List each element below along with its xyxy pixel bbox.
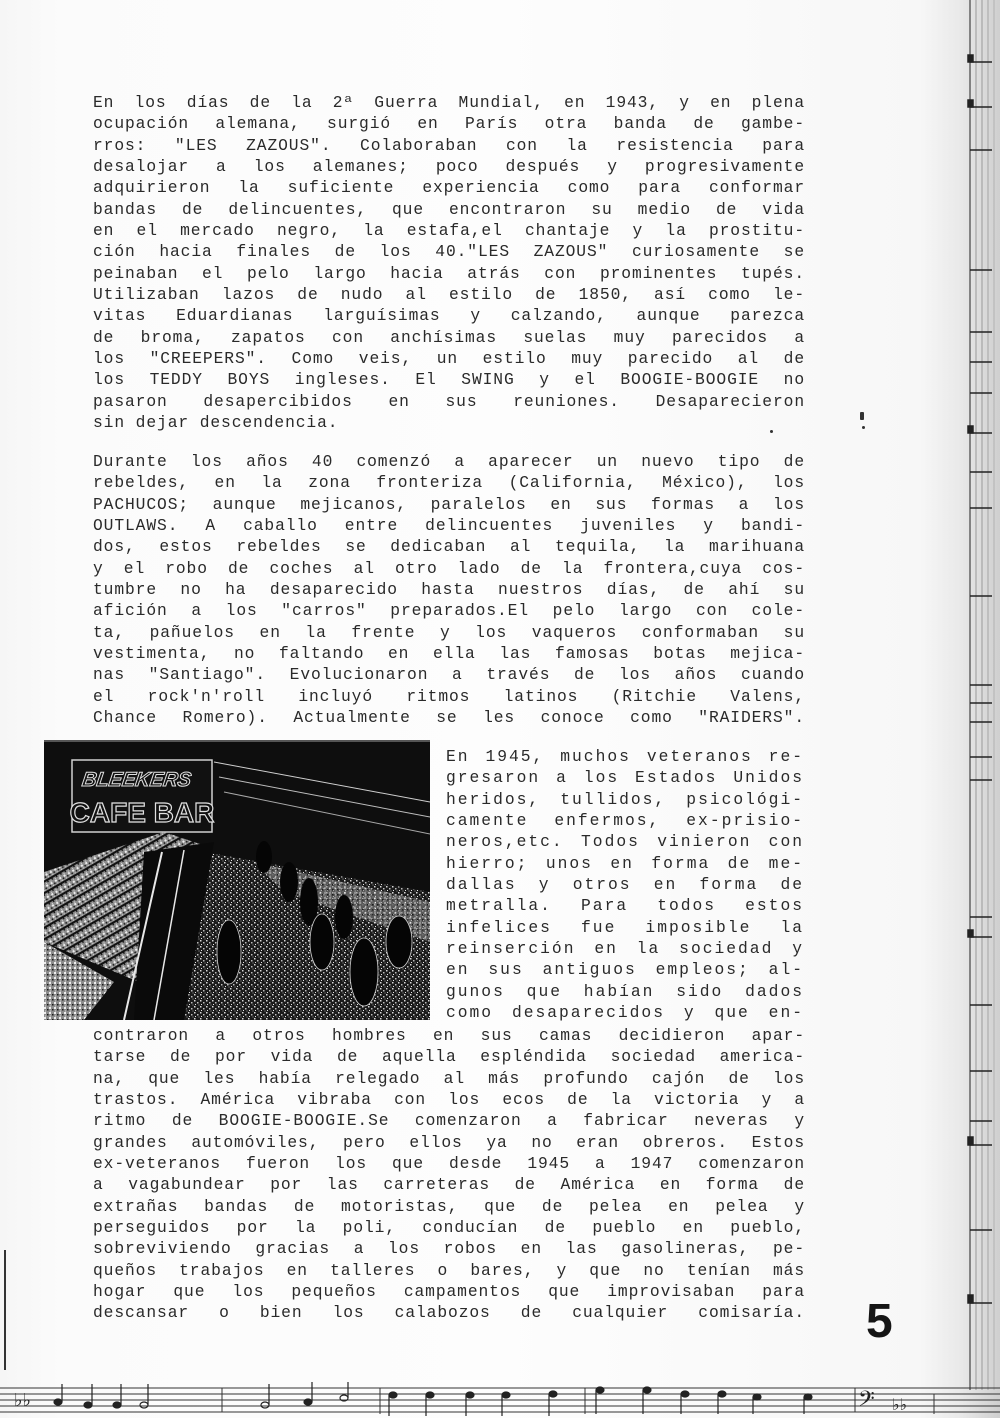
text-line: adquirieron la suficiente experiencia co…: [93, 177, 805, 198]
text-line: los TEDDY BOYS ingleses. El SWING y el B…: [93, 369, 805, 390]
flat-signs: ♭♭: [14, 1390, 31, 1411]
music-notes: [54, 1382, 812, 1416]
text-line: reinserción en la sociedad y: [446, 938, 804, 959]
text-line: dallas y otros en forma de: [446, 874, 804, 895]
page-number: 5: [866, 1294, 893, 1349]
text-line: ta, pañuelos en la frente y los vaqueros…: [93, 622, 805, 643]
text-line: ex-veteranos fueron los que desde 1945 a…: [93, 1153, 805, 1174]
text-line: gunos que habían sido dados: [446, 981, 804, 1002]
text-line: pasaron desapercibidos en sus reuniones.…: [93, 391, 805, 412]
text-line: grandes automóviles, pero ellos ya no er…: [93, 1132, 805, 1153]
text-line: trastos. América vibraba con los ecos de…: [93, 1089, 805, 1110]
scan-speck: [862, 426, 865, 429]
text-line: camente enfermos, ex-prisio-: [446, 810, 804, 831]
text-line: heridos, tullidos, psicológi-: [446, 789, 804, 810]
text-line: peinaban el pelo largo hacia atrás con p…: [93, 263, 805, 284]
text-line: rros: "LES ZAZOUS". Colaboraban con la r…: [93, 135, 805, 156]
text-line: perseguidos por la poli, conducían de pu…: [93, 1217, 805, 1238]
scan-speck: [770, 430, 773, 433]
text-line: a vagabundear por las carreteras de Amér…: [93, 1174, 805, 1195]
text-line: en sus antiguos empleos; al-: [446, 959, 804, 980]
text-line: na, que les había relegado al más profun…: [93, 1068, 805, 1089]
text-line: Durante los años 40 comenzó a aparecer u…: [93, 451, 805, 472]
text-line: PACHUCOS; aunque mejicanos, paralelos en…: [93, 494, 805, 515]
scanned-page: En los días de la 2ª Guerra Mundial, en …: [0, 0, 1000, 1418]
text-line: Chance Romero). Actualmente se les conoc…: [93, 707, 805, 728]
paragraph-veteranos-continued: contraron a otros hombres en sus camas d…: [93, 1025, 805, 1324]
text-line: como desaparecidos y que en-: [446, 1002, 804, 1023]
sign-text-bleekers: BLEEKERS: [81, 769, 193, 791]
flat-signs: ♭♭: [892, 1395, 907, 1414]
text-line: nas "Santiago". Evolucionaron a través d…: [93, 664, 805, 685]
scan-speck: [860, 412, 864, 420]
text-line: queños trabajos en talleres o bares, y q…: [93, 1260, 805, 1281]
text-line: neros,etc. Todos vinieron con: [446, 831, 804, 852]
bottom-music-staff: ♭♭ 𝄢 ♭♭: [0, 1378, 1000, 1418]
text-line: hogar que los pequeños campamentos que i…: [93, 1281, 805, 1302]
paragraph-veteranos-column: En 1945, muchos veteranos re- gresaron a…: [446, 746, 804, 1023]
text-line: vestimenta, no faltando en ella las famo…: [93, 643, 805, 664]
text-line: ción hacia finales de los 40."LES ZAZOUS…: [93, 241, 805, 262]
text-line: Utilizaban lazos de nudo al estilo de 18…: [93, 284, 805, 305]
text-line: tumbre no ha desaparecido hasta nuestros…: [93, 579, 805, 600]
text-line: los "CREEPERS". Como veis, un estilo muy…: [93, 348, 805, 369]
paragraph-les-zazous: En los días de la 2ª Guerra Mundial, en …: [93, 92, 805, 434]
text-line: sin dejar descendencia.: [93, 412, 805, 433]
left-margin-line: [4, 1250, 6, 1370]
photo-image: BLEEKERS CAFE BAR: [44, 742, 430, 1020]
text-line: sobreviviendo gracias a los robos en las…: [93, 1238, 805, 1259]
paragraph-pachucos: Durante los años 40 comenzó a aparecer u…: [93, 451, 805, 728]
text-line: vitas Eduardianas larguísimas y calzando…: [93, 305, 805, 326]
text-line: rebeldes, en la zona fronteriza (Califor…: [93, 472, 805, 493]
text-line: OUTLAWS. A caballo entre delincuentes ju…: [93, 515, 805, 536]
text-line: y el robo de coches al otro lado de la f…: [93, 558, 805, 579]
text-line: en el mercado negro, la estafa,el chanta…: [93, 220, 805, 241]
vertical-music-staff: [962, 0, 1000, 1390]
text-line: el rock'n'roll incluyó ritmos latinos (R…: [93, 686, 805, 707]
text-line: tarse de por vida de aquella espléndida …: [93, 1046, 805, 1067]
text-line: extrañas bandas de motoristas, que de pe…: [93, 1196, 805, 1217]
text-line: En los días de la 2ª Guerra Mundial, en …: [93, 92, 805, 113]
text-line: de broma, zapatos con anchísimas suelas …: [93, 327, 805, 348]
text-line: afición a los "carros" preparados.El pel…: [93, 600, 805, 621]
text-line: hierro; unos en forma de me-: [446, 853, 804, 874]
text-line: desalojar a los alemanes; poco después y…: [93, 156, 805, 177]
text-line: En 1945, muchos veteranos re-: [446, 746, 804, 767]
text-line: bandas de delincuentes, que encontraron …: [93, 199, 805, 220]
text-line: dos, estos rebeldes se dedicaban al tequ…: [93, 536, 805, 557]
text-line: metralla. Para todos estos: [446, 895, 804, 916]
text-line: infelices fue imposible la: [446, 917, 804, 938]
text-line: ocupación alemana, surgió en París otra …: [93, 113, 805, 134]
text-line: descansar o bien los calabozos de cualqu…: [93, 1302, 805, 1323]
sign-text-cafe-bar: CAFE BAR: [70, 797, 215, 828]
cafe-bar-photo: BLEEKERS CAFE BAR: [44, 740, 430, 1020]
bass-clef-icon: 𝄢: [858, 1387, 875, 1417]
text-line: contraron a otros hombres en sus camas d…: [93, 1025, 805, 1046]
text-line: ritmo de BOOGIE-BOOGIE.Se comenzaron a f…: [93, 1110, 805, 1131]
text-line: gresaron a los Estados Unidos: [446, 767, 804, 788]
